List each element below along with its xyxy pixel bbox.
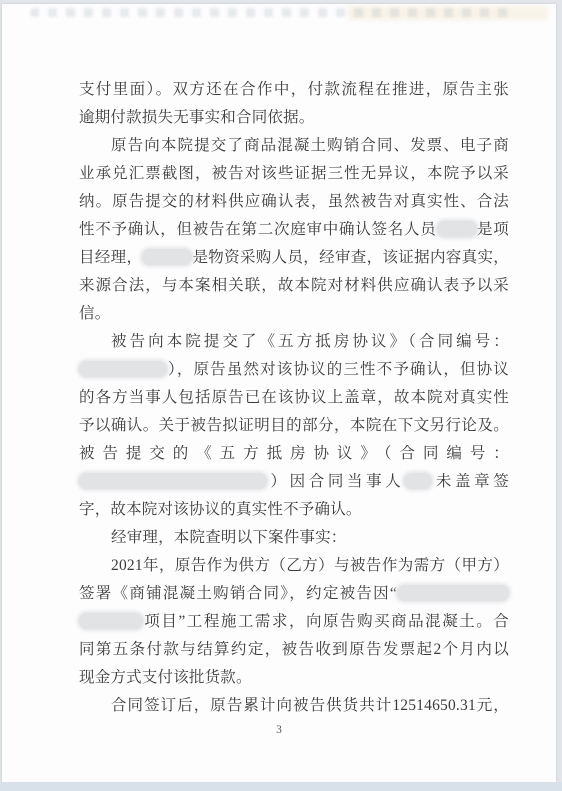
text-line: 签署《商铺混凝土购销合同》，约定被告因“	[79, 580, 509, 608]
redaction-blur	[79, 473, 267, 489]
text-line: 来源合法，与本案相关联，故本院对材料供应确认表予以采	[79, 272, 509, 300]
text-run: ）因合同当事人	[267, 473, 404, 490]
redaction-blur	[404, 473, 432, 489]
text-line: 同第五条付款与结算约定，被告收到原告发票起2个月内以	[79, 636, 509, 664]
text-line: 纳。原告提交的材料供应确认表，虽然被告对真实性、合法	[79, 188, 509, 216]
text-line: 现金方式支付该批货款。	[79, 664, 509, 692]
page-number: 3	[2, 724, 556, 736]
text-line: 予以确认。关于被告拟证明目的部分，本院在下文另行论及。	[79, 412, 509, 440]
text-line: 业承兑汇票截图，被告对该些证据三性无异议，本院予以采	[79, 160, 509, 188]
text-run: 逾期付款损失无事实和合同依据。	[79, 109, 315, 126]
text-run: 被告提交的《五方抵房协议》（合同编号：	[79, 445, 509, 462]
text-run: 予以确认。关于被告拟证明目的部分，本院在下文另行论及。	[79, 417, 509, 434]
text-line: ），原告虽然对该协议的三性不予确认，但协议	[79, 356, 509, 384]
text-run: 经审理，本院查明以下案件事实：	[111, 529, 347, 546]
redaction-blur	[79, 613, 143, 629]
text-run: 现金方式支付该批货款。	[79, 669, 252, 686]
text-run: 纳。原告提交的材料供应确认表，虽然被告对真实性、合法	[79, 193, 509, 210]
text-run: 签署《商铺混凝土购销合同》，约定被告因“	[79, 585, 397, 602]
text-run: 字，故本院对该协议的真实性不予确认。	[79, 501, 362, 518]
text-line: 2021年，原告作为供方（乙方）与被告作为需方（甲方）	[79, 552, 509, 580]
text-line: 被告向本院提交了《五方抵房协议》（合同编号：	[79, 328, 509, 356]
text-line: 合同签订后，原告累计向被告供货共计12514650.31元，	[79, 692, 509, 720]
text-run: 的各方当事人包括原告已在该协议上盖章，故本院对真实性	[79, 389, 509, 406]
text-run: 原告向本院提交了商品混凝土购销合同、发票、电子商	[111, 137, 509, 154]
text-run: 被告向本院提交了《五方抵房协议》（合同编号：	[111, 333, 509, 350]
text-line: 的各方当事人包括原告已在该协议上盖章，故本院对真实性	[79, 384, 509, 412]
text-run: 信。	[79, 305, 110, 322]
text-run: 同第五条付款与结算约定，被告收到原告发票起2个月内以	[79, 641, 509, 658]
text-line: 信。	[79, 300, 509, 328]
text-run: 是物资采购人员，经审查，该证据内容真实，	[192, 249, 509, 266]
text-line: 被告提交的《五方抵房协议》（合同编号：	[79, 440, 509, 468]
text-line: 支付里面）。双方还在合作中，付款流程在推进，原告主张	[79, 76, 509, 104]
document-body: 支付里面）。双方还在合作中，付款流程在推进，原告主张逾期付款损失无事实和合同依据…	[79, 76, 509, 720]
text-line: 逾期付款损失无事实和合同依据。	[79, 104, 509, 132]
text-run: ），原告虽然对该协议的三性不予确认，但协议	[167, 361, 509, 378]
document-page: 支付里面）。双方还在合作中，付款流程在推进，原告主张逾期付款损失无事实和合同依据…	[2, 4, 556, 782]
text-line: 经审理，本院查明以下案件事实：	[79, 524, 509, 552]
redaction-blur	[437, 221, 477, 237]
redaction-blur	[142, 249, 192, 265]
text-run: 支付里面）。双方还在合作中，付款流程在推进，原告主张	[79, 81, 509, 98]
text-line: 字，故本院对该协议的真实性不予确认。	[79, 496, 509, 524]
text-run: 目经理，	[79, 249, 142, 266]
text-line: 原告向本院提交了商品混凝土购销合同、发票、电子商	[79, 132, 509, 160]
text-line: 项目”工程施工需求，向原告购买商品混凝土。合	[79, 608, 509, 636]
scan-ghost-text-artifact	[30, 8, 510, 17]
text-line: ）因合同当事人未盖章签	[79, 468, 509, 496]
redaction-blur	[397, 585, 509, 601]
text-line: 性不予确认，但被告在第二次庭审中确认签名人员是项	[79, 216, 509, 244]
text-run: 是项	[477, 221, 510, 238]
text-run: 2021年，原告作为供方（乙方）与被告作为需方（甲方）	[111, 557, 509, 574]
text-run: 项目”工程施工需求，向原告购买商品混凝土。合	[143, 613, 509, 630]
text-line: 目经理，是物资采购人员，经审查，该证据内容真实，	[79, 244, 509, 272]
redaction-blur	[79, 361, 167, 377]
backdrop-strip	[0, 782, 562, 791]
text-run: 性不予确认，但被告在第二次庭审中确认签名人员	[79, 221, 437, 238]
text-run: 合同签订后，原告累计向被告供货共计12514650.31元，	[111, 697, 509, 714]
text-run: 业承兑汇票截图，被告对该些证据三性无异议，本院予以采	[79, 165, 509, 182]
text-run: 来源合法，与本案相关联，故本院对材料供应确认表予以采	[79, 277, 509, 294]
text-run: 未盖章签	[432, 473, 509, 490]
